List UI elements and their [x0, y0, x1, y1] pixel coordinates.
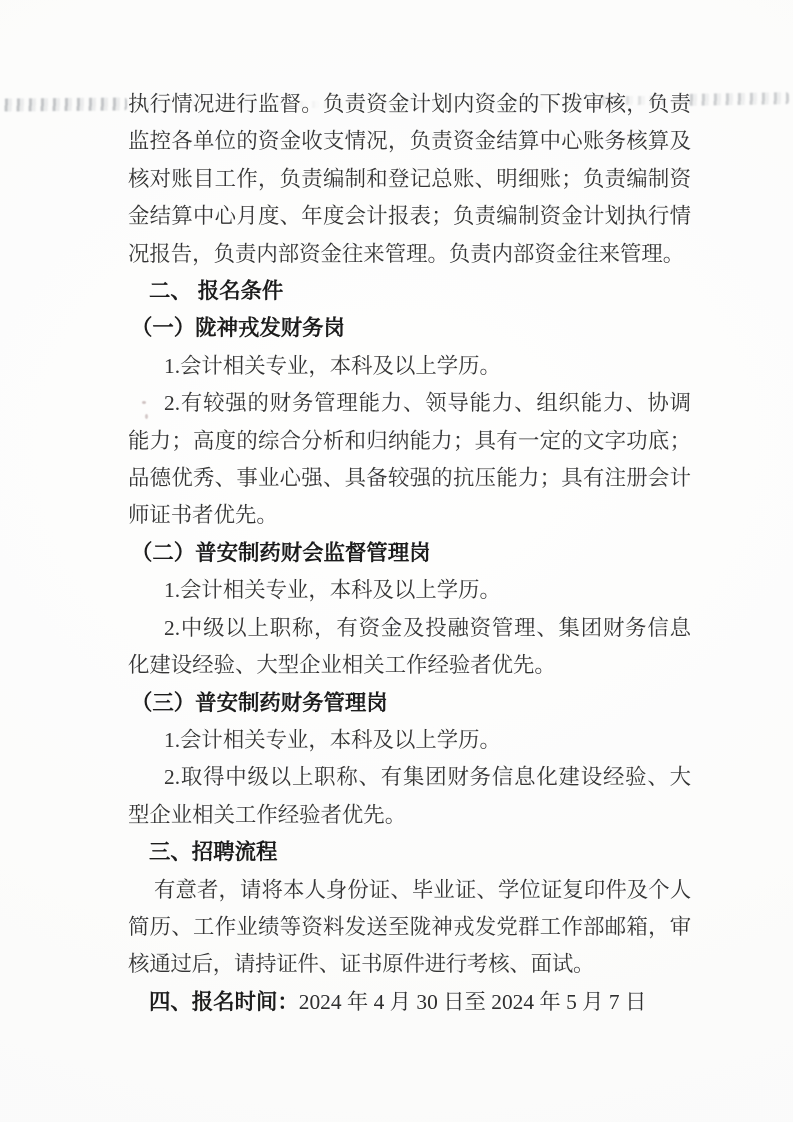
- heading-section-2-application-conditions: 二、 报名条件: [128, 273, 691, 310]
- deadline-label: 四、报名时间：: [149, 990, 299, 1014]
- scanned-page: 执行情况进行监督。负责资金计划内资金的下拨审核，负责监控各单位的资金收支情况，负…: [0, 0, 793, 1122]
- paragraph-duties-continuation: 执行情况进行监督。负责资金计划内资金的下拨审核，负责监控各单位的资金收支情况，负…: [128, 86, 691, 273]
- document-body: 执行情况进行监督。负责资金计划内资金的下拨审核，负责监控各单位的资金收支情况，负…: [128, 86, 691, 1021]
- heading-post-3-puan-finance-management: （三）普安制药财务管理岗: [128, 685, 691, 722]
- heading-post-2-puan-supervision: （二）普安制药财会监督管理岗: [128, 535, 691, 572]
- scan-noise-streak-left: [3, 97, 127, 111]
- heading-post-1-longshen-finance: （一）陇神戎发财务岗: [128, 310, 691, 347]
- post-1-requirement-2: 2.有较强的财务管理能力、领导能力、组织能力、协调能力；高度的综合分析和归纳能力…: [128, 385, 691, 535]
- scan-noise-streak-right: [688, 92, 789, 106]
- deadline-line: 四、报名时间：2024 年 4 月 30 日至 2024 年 5 月 7 日: [128, 984, 691, 1021]
- deadline-value: 2024 年 4 月 30 日至 2024 年 5 月 7 日: [299, 990, 647, 1014]
- paragraph-application-instructions: 有意者，请将本人身份证、毕业证、学位证复印件及个人简历、工作业绩等资料发送至陇神…: [128, 872, 691, 984]
- post-2-requirement-2: 2.中级以上职称，有资金及投融资管理、集团财务信息化建设经验、大型企业相关工作经…: [128, 610, 691, 685]
- post-2-requirement-1: 1.会计相关专业，本科及以上学历。: [128, 572, 691, 609]
- post-3-requirement-1: 1.会计相关专业，本科及以上学历。: [128, 722, 691, 759]
- heading-section-3-recruitment-process: 三、招聘流程: [128, 834, 691, 871]
- post-1-requirement-1: 1.会计相关专业，本科及以上学历。: [128, 348, 691, 385]
- post-3-requirement-2: 2.取得中级以上职称、有集团财务信息化建设经验、大型企业相关工作经验者优先。: [128, 759, 691, 834]
